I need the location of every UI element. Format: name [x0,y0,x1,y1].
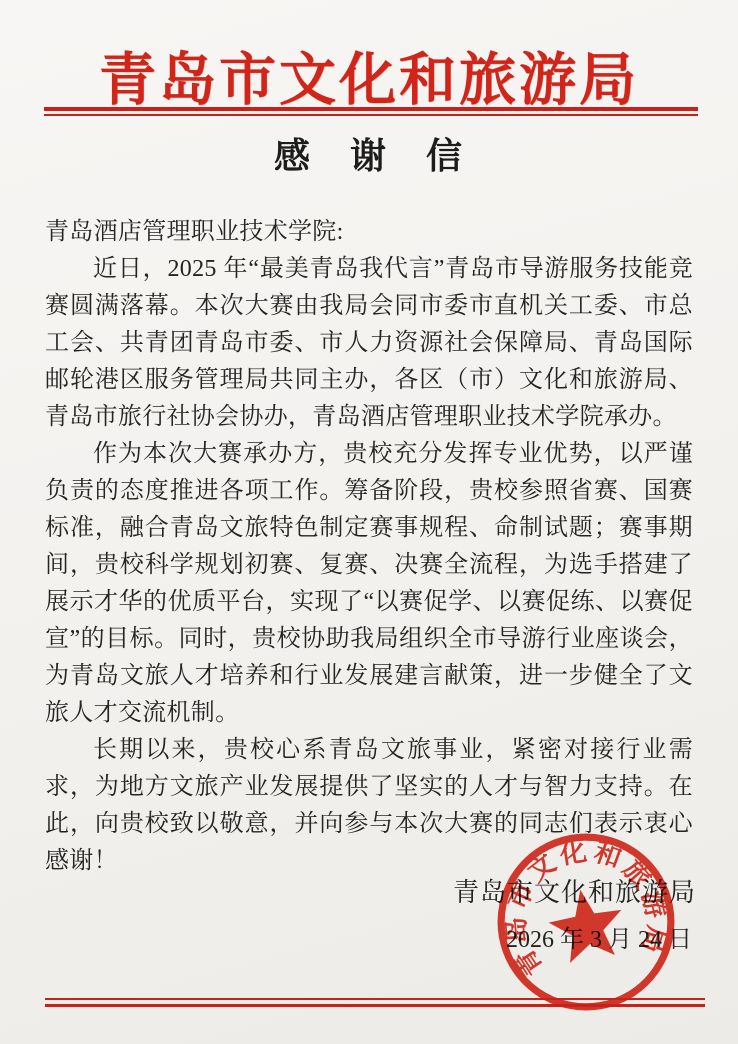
letter-title: 感 谢 信 [0,128,738,179]
paragraph-2: 作为本次大赛承办方，贵校充分发挥专业优势，以严谨负责的态度推进各项工作。筹备阶段… [45,436,693,732]
footer-double-rule [45,998,705,1007]
letter-body: 青岛酒店管理职业技术学院: 近日，2025 年“最美青岛我代言”青岛市导游服务技… [45,214,693,880]
letterhead-org-name: 青岛市文化和旅游局 [0,34,738,116]
recipient-line: 青岛酒店管理职业技术学院: [45,214,693,251]
letter-page: 青岛市文化和旅游局 感 谢 信 青岛酒店管理职业技术学院: 近日，2025 年“… [0,0,738,1044]
signature-org: 青岛市文化和旅游局 [453,872,696,909]
paragraph-3: 长期以来，贵校心系青岛文旅事业，紧密对接行业需求，为地方文旅产业发展提供了坚实的… [45,732,693,880]
letterhead-double-rule [44,107,698,116]
signature-block: 青岛市文化和旅游局 2026 年 3 月 24 日 [453,872,696,954]
paragraph-1: 近日，2025 年“最美青岛我代言”青岛市导游服务技能竞赛圆满落幕。本次大赛由我… [45,251,693,436]
signature-date: 2026 年 3 月 24 日 [453,919,696,954]
